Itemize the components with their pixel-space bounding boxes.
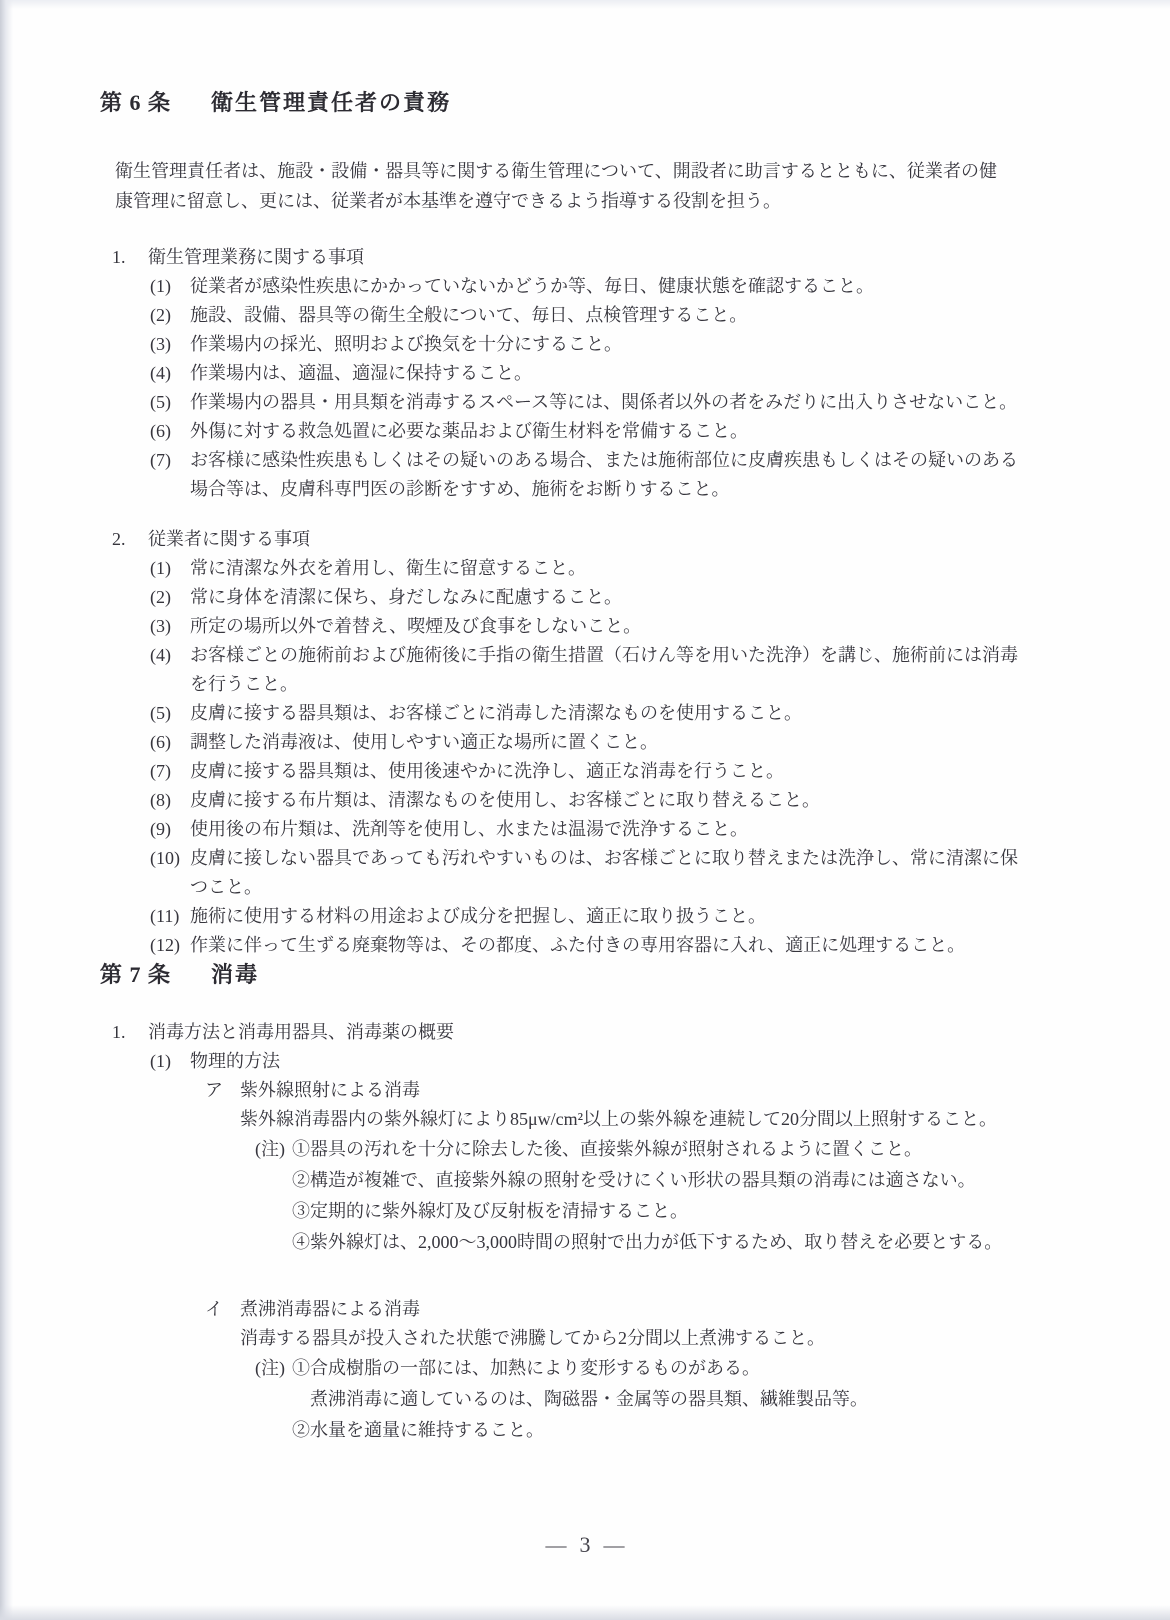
item-text: 従業者が感染性疾患にかかっていないかどうか等、毎日、健康状態を確認すること。 [190, 272, 1018, 301]
item-text: 作業に伴って生ずる廃棄物等は、その都度、ふた付きの専用容器に入れ、適正に処理する… [190, 931, 1018, 960]
note-text: ①器具の汚れを十分に除去した後、直接紫外線が照射されるように置くこと。 [292, 1139, 922, 1159]
item-number: (2) [150, 301, 190, 330]
list-item: (5)作業場内の器具・用具類を消毒するスペース等には、関係者以外の者をみだりに出… [150, 388, 1020, 417]
item-number: (10) [150, 844, 190, 902]
article6-number: 第 6 条 [100, 90, 171, 115]
page-number: 3 [580, 1532, 591, 1558]
item-number: (11) [150, 902, 190, 931]
item-text: 常に身体を清潔に保ち、身だしなみに配慮すること。 [190, 583, 1018, 612]
item-number: (5) [150, 388, 190, 417]
list-item: (12)作業に伴って生ずる廃棄物等は、その都度、ふた付きの専用容器に入れ、適正に… [150, 931, 1020, 960]
list-item: (1)従業者が感染性疾患にかかっていないかどうか等、毎日、健康状態を確認すること… [150, 272, 1020, 301]
item-number: (1) [150, 1047, 190, 1076]
list-item: (6)調整した消毒液は、使用しやすい適正な場所に置くこと。 [150, 728, 1020, 757]
method-kana-label: イ [205, 1295, 240, 1324]
item-number: (6) [150, 728, 190, 757]
item-number: (4) [150, 641, 190, 699]
method-heading: イ煮沸消毒器による消毒 [205, 1295, 1020, 1324]
item-text: 皮膚に接する布片類は、清潔なものを使用し、お客様ごとに取り替えること。 [190, 786, 1018, 815]
item-text: お客様に感染性疾患もしくはその疑いのある場合、または施術部位に皮膚疾患もしくはそ… [190, 446, 1018, 504]
method-uv-disinfection: ア紫外線照射による消毒 紫外線消毒器内の紫外線灯により85μw/cm²以上の紫外… [205, 1076, 1020, 1258]
note-line: (注)①合成樹脂の一部には、加熱により変形するものがある。 [255, 1353, 1020, 1384]
item-number: (12) [150, 931, 190, 960]
item-number: (2) [150, 583, 190, 612]
page-content: 第 6 条衛生管理責任者の責務 衛生管理責任者は、施設・設備・器具等に関する衛生… [0, 0, 1170, 1446]
method-title: 紫外線照射による消毒 [240, 1080, 420, 1100]
page-edge-bottom-shadow [0, 1605, 1170, 1620]
method-kana-label: ア [205, 1076, 240, 1105]
article6-title: 衛生管理責任者の責務 [211, 90, 451, 115]
section1-item-list: (1)従業者が感染性疾患にかかっていないかどうか等、毎日、健康状態を確認すること… [150, 272, 1020, 504]
item-text: 作業場内の採光、照明および換気を十分にすること。 [190, 330, 1018, 359]
method-title: 煮沸消毒器による消毒 [240, 1299, 420, 1319]
item-number: (1) [150, 272, 190, 301]
list-item: (2)常に身体を清潔に保ち、身だしなみに配慮すること。 [150, 583, 1020, 612]
item-text: 皮膚に接する器具類は、使用後速やかに洗浄し、適正な消毒を行うこと。 [190, 757, 1018, 786]
section7-1-title: 消毒方法と消毒用器具、消毒薬の概要 [148, 1022, 454, 1042]
item-text: 物理的方法 [190, 1047, 1018, 1076]
item-number: (9) [150, 815, 190, 844]
note-text: ④紫外線灯は、2,000～3,000時間の照射で出力が低下するため、取り替えを必… [292, 1232, 1002, 1252]
item-text: 施術に使用する材料の用途および成分を把握し、適正に取り扱うこと。 [190, 902, 1018, 931]
note-line: ④紫外線灯は、2,000～3,000時間の照射で出力が低下するため、取り替えを必… [255, 1227, 1020, 1258]
item-number: (3) [150, 612, 190, 641]
article6-intro-paragraph: 衛生管理責任者は、施設・設備・器具等に関する衛生管理について、開設者に助言すると… [115, 156, 997, 216]
note-text: ②水量を適量に維持すること。 [292, 1420, 544, 1440]
item-text: 作業場内の器具・用具類を消毒するスペース等には、関係者以外の者をみだりに出入りさ… [190, 388, 1018, 417]
document-page: 第 6 条衛生管理責任者の責務 衛生管理責任者は、施設・設備・器具等に関する衛生… [0, 0, 1170, 1620]
item-text: 所定の場所以外で着替え、喫煙及び食事をしないこと。 [190, 612, 1018, 641]
list-item: (2)施設、設備、器具等の衛生全般について、毎日、点検管理すること。 [150, 301, 1020, 330]
note-line: (注)①器具の汚れを十分に除去した後、直接紫外線が照射されるように置くこと。 [255, 1134, 1020, 1165]
item-number: (7) [150, 446, 190, 504]
method-body-text: 消毒する器具が投入された状態で沸騰してから2分間以上煮沸すること。 [240, 1324, 1020, 1353]
list-item: (7)お客様に感染性疾患もしくはその疑いのある場合、または施術部位に皮膚疾患もし… [150, 446, 1020, 504]
item-number: (7) [150, 757, 190, 786]
list-item: (6)外傷に対する救急処置に必要な薬品および衛生材料を常備すること。 [150, 417, 1020, 446]
article7-heading: 第 7 条消毒 [100, 960, 1020, 990]
item-text: お客様ごとの施術前および施術後に手指の衛生措置（石けん等を用いた洗浄）を講じ、施… [190, 641, 1018, 699]
item-text: 施設、設備、器具等の衛生全般について、毎日、点検管理すること。 [190, 301, 1018, 330]
item-text: 外傷に対する救急処置に必要な薬品および衛生材料を常備すること。 [190, 417, 1018, 446]
note-line: ③定期的に紫外線灯及び反射板を清掃すること。 [255, 1196, 1020, 1227]
list-item: (3)作業場内の採光、照明および換気を十分にすること。 [150, 330, 1020, 359]
footer-dash-right: — [604, 1533, 625, 1558]
list-item: (4)お客様ごとの施術前および施術後に手指の衛生措置（石けん等を用いた洗浄）を講… [150, 641, 1020, 699]
item-text: 皮膚に接しない器具であっても汚れやすいものは、お客様ごとに取り替えまたは洗浄し、… [190, 844, 1018, 902]
section-hygiene-management: 1.衛生管理業務に関する事項 (1)従業者が感染性疾患にかかっていないかどうか等… [100, 243, 1020, 504]
item-number: (5) [150, 699, 190, 728]
note-text: 煮沸消毒に適しているのは、陶磁器・金属等の器具類、繊維製品等。 [310, 1389, 868, 1409]
section2-item-list: (1)常に清潔な外衣を着用し、衛生に留意すること。 (2)常に身体を清潔に保ち、… [150, 554, 1020, 960]
item-text: 使用後の布片類は、洗剤等を使用し、水または温湯で洗浄すること。 [190, 815, 1018, 844]
list-item: (5)皮膚に接する器具類は、お客様ごとに消毒した清潔なものを使用すること。 [150, 699, 1020, 728]
item-number: (4) [150, 359, 190, 388]
section2-number: 2. [112, 525, 148, 554]
item-text: 調整した消毒液は、使用しやすい適正な場所に置くこと。 [190, 728, 1018, 757]
list-item: (1)常に清潔な外衣を着用し、衛生に留意すること。 [150, 554, 1020, 583]
note-text: ③定期的に紫外線灯及び反射板を清掃すること。 [292, 1201, 688, 1221]
note-line: ②構造が複雑で、直接紫外線の照射を受けにくい形状の器具類の消毒には適さない。 [255, 1165, 1020, 1196]
section-disinfection-overview: 1.消毒方法と消毒用器具、消毒薬の概要 (1)物理的方法 ア紫外線照射による消毒… [100, 1018, 1020, 1446]
section1-heading: 1.衛生管理業務に関する事項 [112, 243, 1020, 272]
item-text: 作業場内は、適温、適湿に保持すること。 [190, 359, 1018, 388]
item-text: 皮膚に接する器具類は、お客様ごとに消毒した清潔なものを使用すること。 [190, 699, 1018, 728]
list-item: (11)施術に使用する材料の用途および成分を把握し、適正に取り扱うこと。 [150, 902, 1020, 931]
page-footer: — 3 — [0, 1532, 1170, 1558]
section2-title: 従業者に関する事項 [148, 529, 310, 549]
method-body-text: 紫外線消毒器内の紫外線灯により85μw/cm²以上の紫外線を連続して20分間以上… [240, 1105, 1020, 1134]
item-number: (8) [150, 786, 190, 815]
method-notes: (注)①合成樹脂の一部には、加熱により変形するものがある。 煮沸消毒に適している… [255, 1353, 1020, 1446]
section-employees: 2.従業者に関する事項 (1)常に清潔な外衣を着用し、衛生に留意すること。 (2… [100, 525, 1020, 960]
note-text: ②構造が複雑で、直接紫外線の照射を受けにくい形状の器具類の消毒には適さない。 [292, 1170, 976, 1190]
item-number: (3) [150, 330, 190, 359]
method-boiling-disinfection: イ煮沸消毒器による消毒 消毒する器具が投入された状態で沸騰してから2分間以上煮沸… [205, 1295, 1020, 1446]
list-item: (1)物理的方法 [150, 1047, 1020, 1076]
list-item: (8)皮膚に接する布片類は、清潔なものを使用し、お客様ごとに取り替えること。 [150, 786, 1020, 815]
article7-title: 消毒 [211, 962, 259, 987]
article7-number: 第 7 条 [100, 962, 171, 987]
list-item: (4)作業場内は、適温、適湿に保持すること。 [150, 359, 1020, 388]
note-label: (注) [255, 1134, 292, 1165]
list-item: (3)所定の場所以外で着替え、喫煙及び食事をしないこと。 [150, 612, 1020, 641]
section7-sub-list: (1)物理的方法 [150, 1047, 1020, 1076]
method-notes: (注)①器具の汚れを十分に除去した後、直接紫外線が照射されるように置くこと。 ②… [255, 1134, 1020, 1258]
section1-title: 衛生管理業務に関する事項 [148, 247, 364, 267]
section7-1-heading: 1.消毒方法と消毒用器具、消毒薬の概要 [112, 1018, 1020, 1047]
list-item: (9)使用後の布片類は、洗剤等を使用し、水または温湯で洗浄すること。 [150, 815, 1020, 844]
item-number: (6) [150, 417, 190, 446]
item-number: (1) [150, 554, 190, 583]
section7-1-number: 1. [112, 1018, 148, 1047]
article6-heading: 第 6 条衛生管理責任者の責務 [100, 88, 1020, 118]
section1-number: 1. [112, 243, 148, 272]
note-line: ②水量を適量に維持すること。 [255, 1415, 1020, 1446]
item-text: 常に清潔な外衣を着用し、衛生に留意すること。 [190, 554, 1018, 583]
list-item: (10)皮膚に接しない器具であっても汚れやすいものは、お客様ごとに取り替えまたは… [150, 844, 1020, 902]
note-label: (注) [255, 1353, 292, 1384]
list-item: (7)皮膚に接する器具類は、使用後速やかに洗浄し、適正な消毒を行うこと。 [150, 757, 1020, 786]
method-heading: ア紫外線照射による消毒 [205, 1076, 1020, 1105]
section2-heading: 2.従業者に関する事項 [112, 525, 1020, 554]
note-line: 煮沸消毒に適しているのは、陶磁器・金属等の器具類、繊維製品等。 [255, 1384, 1020, 1415]
footer-dash-left: — [546, 1533, 567, 1558]
note-text: ①合成樹脂の一部には、加熱により変形するものがある。 [292, 1358, 760, 1378]
